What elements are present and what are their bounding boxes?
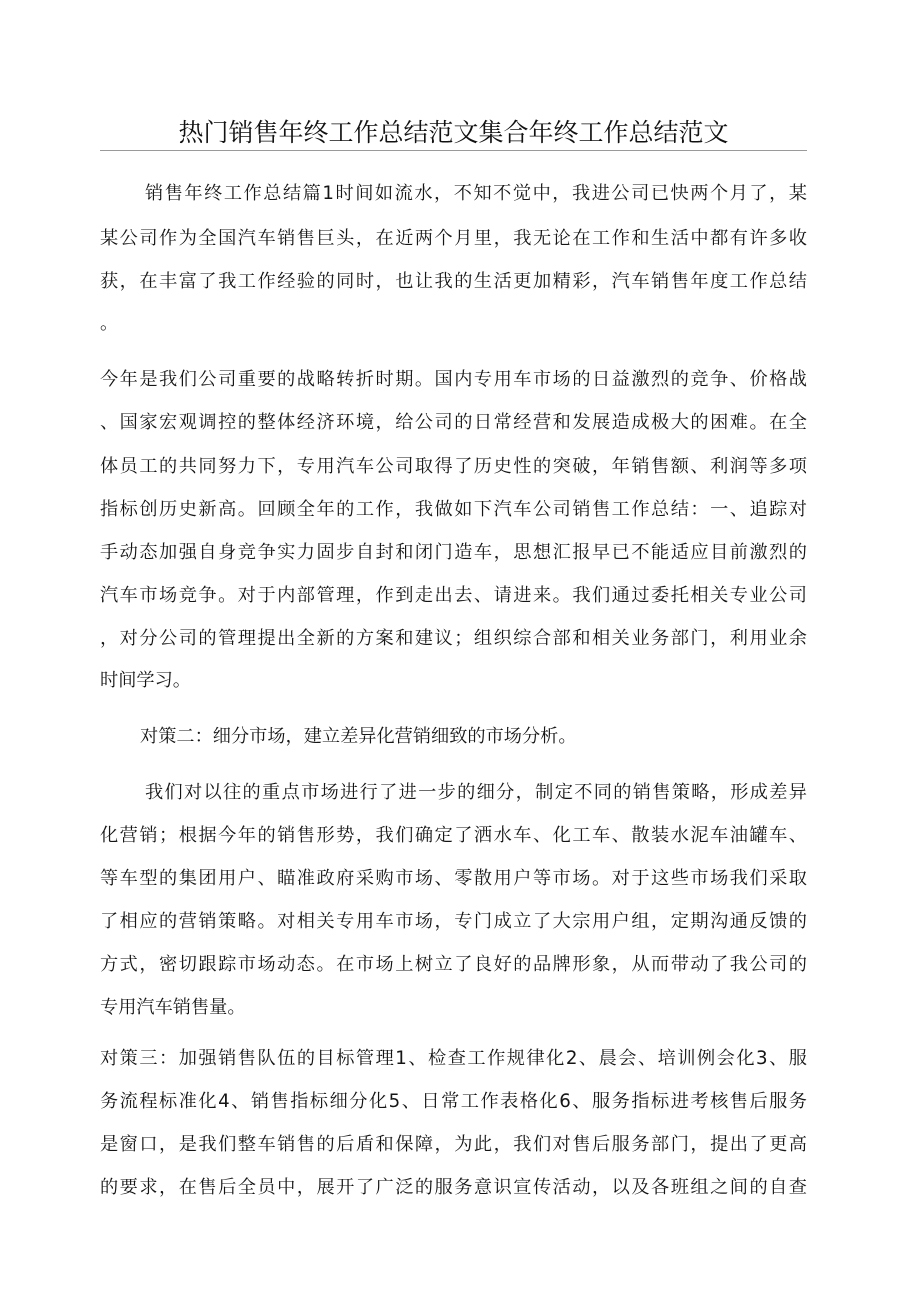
paragraph-5-line-1: 对策三：加强销售队伍的目标管理1、检查工作规律化2、晨会、培训例会化3、服 [100,1047,807,1071]
paragraph-4-line-6: 专用汽车销售量。 [100,996,807,1020]
paragraph-5-line-3: 是窗口，是我们整车销售的后盾和保障，为此，我们对售后服务部门，提出了更高 [100,1133,807,1157]
paragraph-2-line-3: 体员工的共同努力下，专用汽车公司取得了历史性的突破，年销售额、利润等多项 [100,455,807,479]
paragraph-2-line-2: 、国家宏观调控的整体经济环境，给公司的日常经营和发展造成极大的困难。在全 [100,411,807,435]
paragraph-4-line-1: 我们对以往的重点市场进行了进一步的细分，制定不同的销售策略，形成差异 [100,781,807,805]
paragraph-2-line-8: 时间学习。 [100,669,807,693]
paragraph-2-line-7: ，对分公司的管理提出全新的方案和建议；组织综合部和相关业务部门，利用业余 [100,627,807,651]
paragraph-4-line-4: 了相应的营销策略。对相关专用车市场，专门成立了大宗用户组，定期沟通反馈的 [100,910,807,934]
paragraph-2-line-4: 指标创历史新高。回顾全年的工作，我做如下汽车公司销售工作总结：一、追踪对 [100,498,807,522]
paragraph-3-line-1: 对策二：细分市场，建立差异化营销细致的市场分析。 [100,725,807,749]
paragraph-4-line-2: 化营销；根据今年的销售形势，我们确定了洒水车、化工车、散装水泥车油罐车、 [100,824,807,848]
paragraph-5-line-2: 务流程标准化4、销售指标细分化5、日常工作表格化6、服务指标进考核售后服务 [100,1090,807,1114]
paragraph-4-line-5: 方式，密切跟踪市场动态。在市场上树立了良好的品牌形象，从而带动了我公司的 [100,953,807,977]
paragraph-2-line-1: 今年是我们公司重要的战略转折时期。国内专用车市场的日益激烈的竞争、价格战 [100,368,807,392]
paragraph-1-line-3: 获，在丰富了我工作经验的同时，也让我的生活更加精彩，汽车销售年度工作总结 [100,270,807,294]
paragraph-1-line-4: 。 [100,312,807,336]
paragraph-2-line-5: 手动态加强自身竞争实力固步自封和闭门造车，思想汇报早已不能适应目前激烈的 [100,541,807,565]
paragraph-1-line-1: 销售年终工作总结篇1时间如流水，不知不觉中，我进公司已快两个月了，某 [100,182,807,206]
paragraph-1-line-2: 某公司作为全国汽车销售巨头，在近两个月里，我无论在工作和生活中都有许多收 [100,227,807,251]
paragraph-4-line-3: 等车型的集团用户、瞄准政府采购市场、零散用户等市场。对于这些市场我们采取 [100,867,807,891]
paragraph-5-line-4: 的要求，在售后全员中，展开了广泛的服务意识宣传活动，以及各班组之间的自查 [100,1176,807,1200]
document-title: 热门销售年终工作总结范文集合年终工作总结范文 [100,116,807,150]
title-divider [100,150,807,151]
paragraph-2-line-6: 汽车市场竞争。对于内部管理，作到走出去、请进来。我们通过委托相关专业公司 [100,584,807,608]
document-page: 热门销售年终工作总结范文集合年终工作总结范文 销售年终工作总结篇1时间如流水，不… [0,0,920,1303]
